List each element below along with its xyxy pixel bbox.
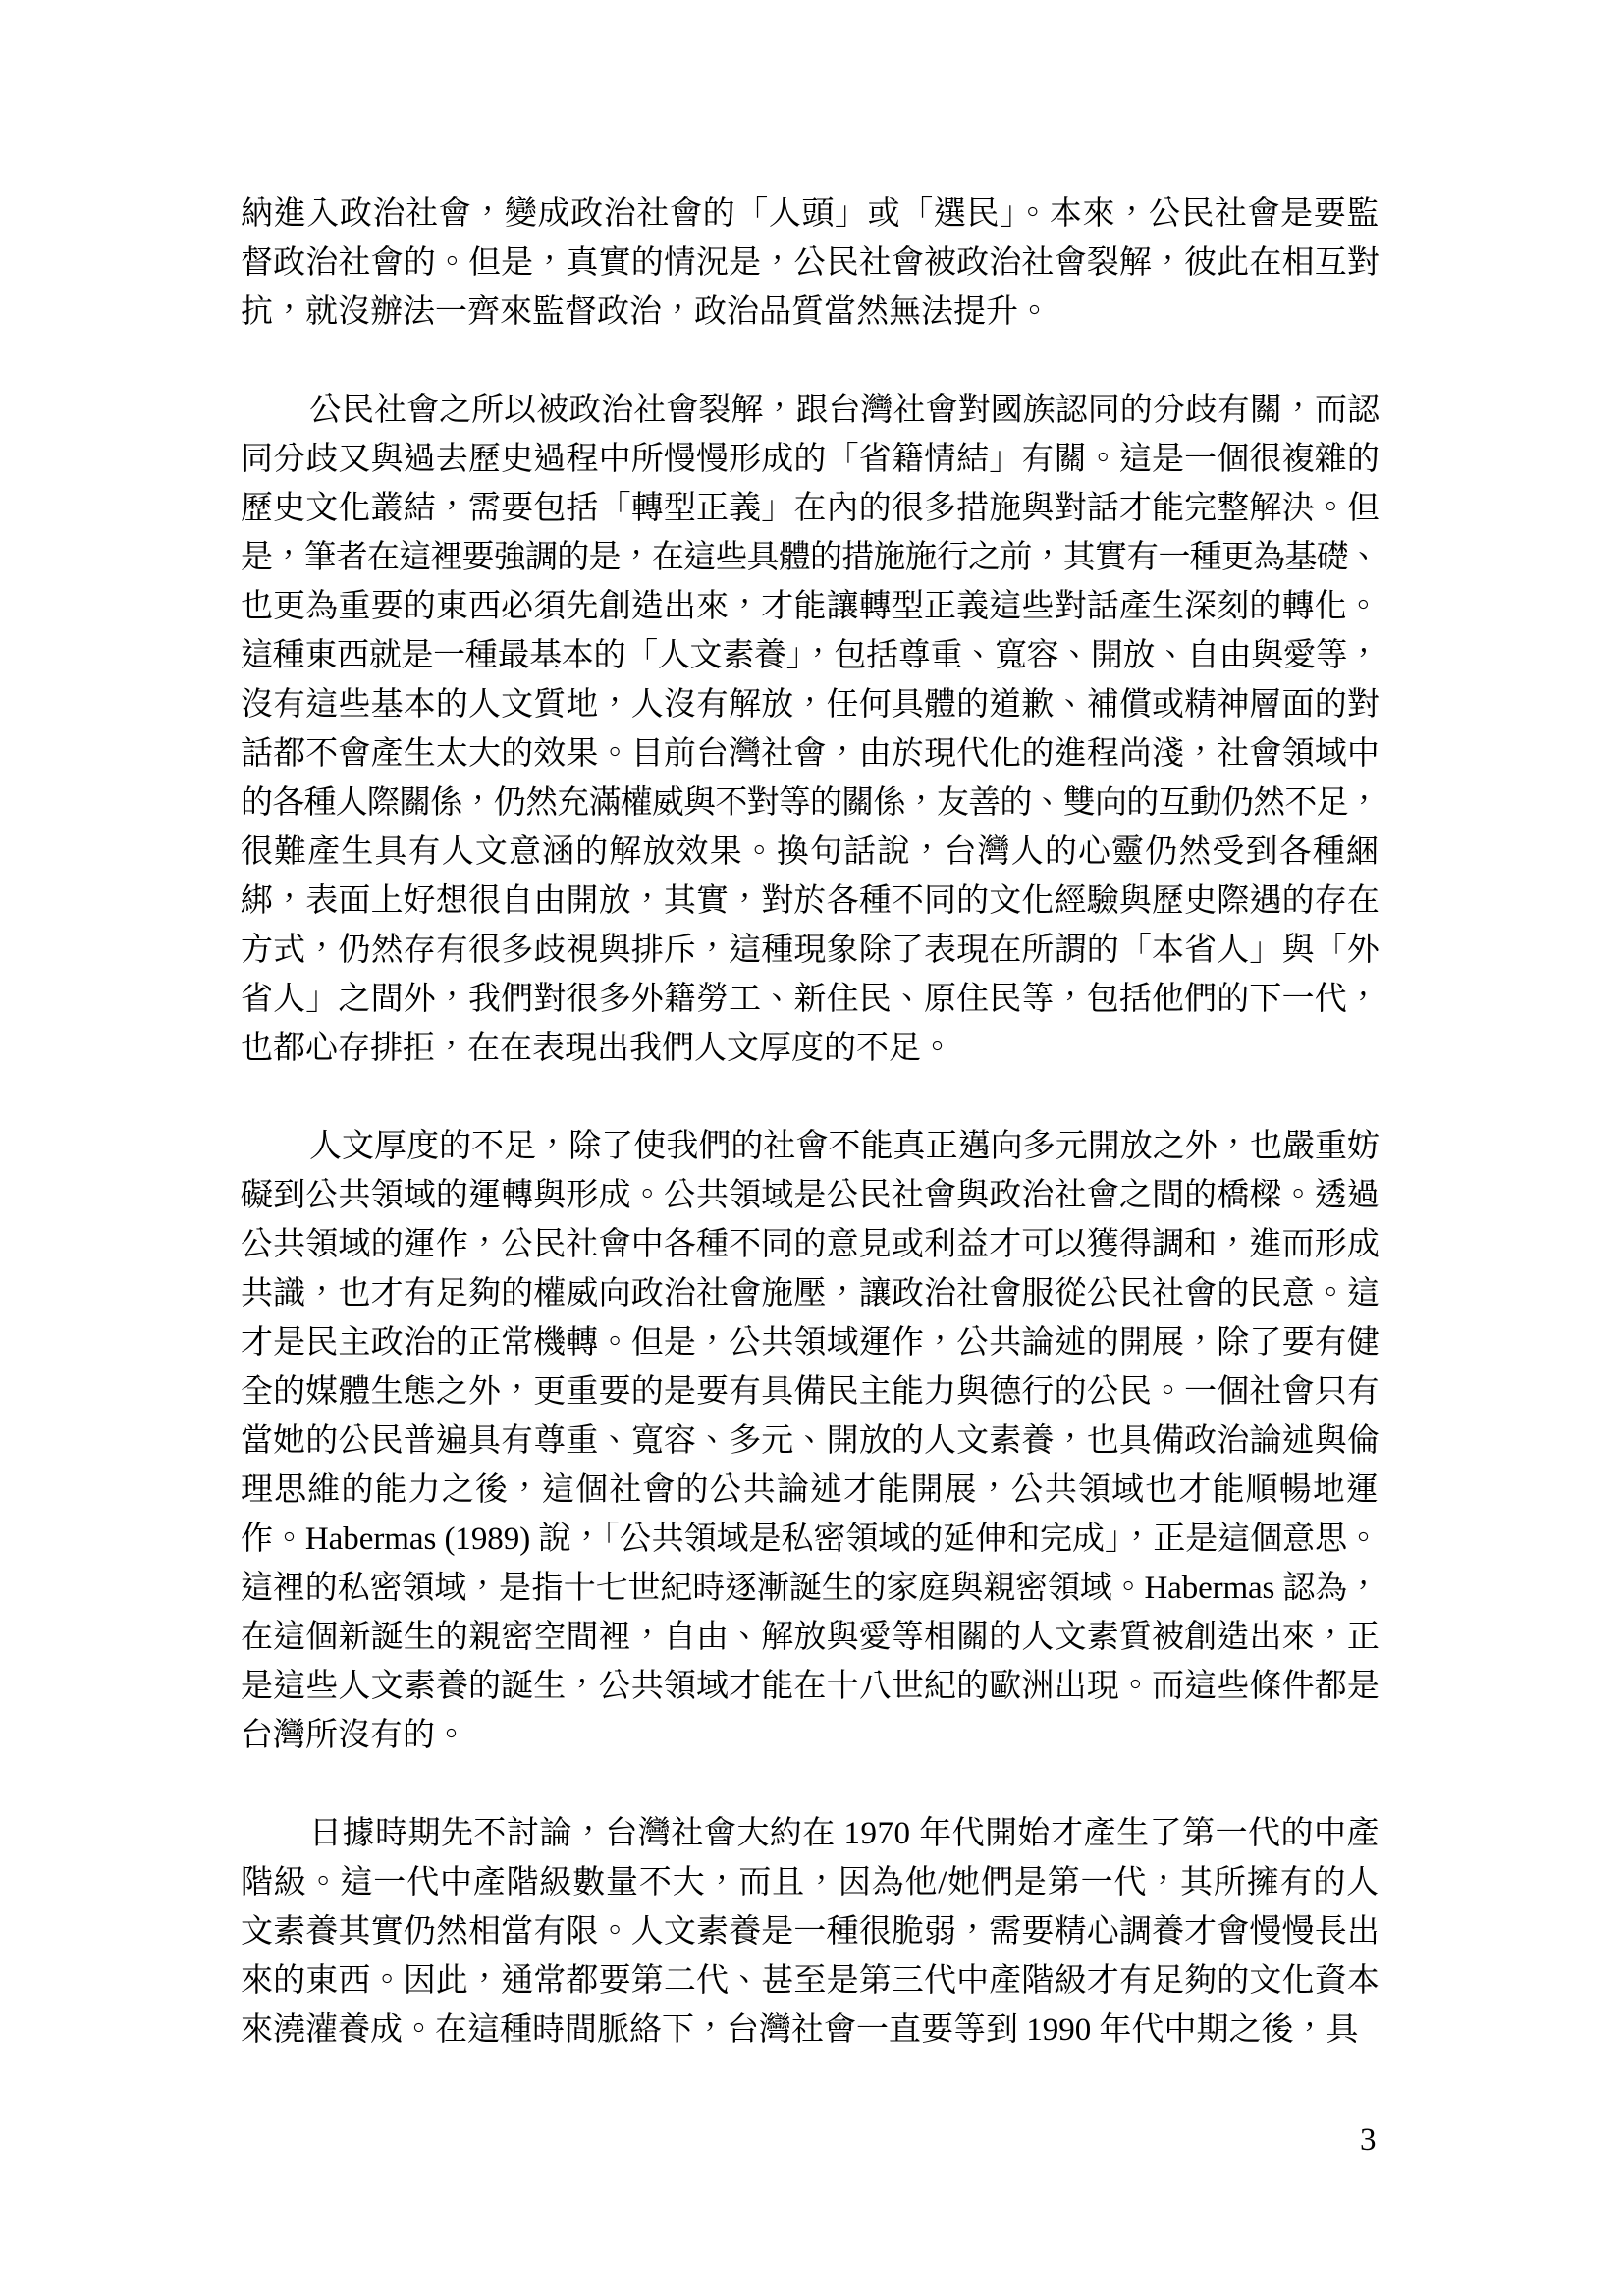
text-line: 礙到公共領域的運轉與形成。公共領域是公民社會與政治社會之間的橋樑。透過 bbox=[241, 1171, 1380, 1220]
text-line: 的各種人際關係，仍然充滿權威與不對等的關係，友善的、雙向的互動仍然不足， bbox=[241, 778, 1380, 828]
text-line-content: 納進入政治社會，變成政治社會的「人頭」或「選民」。本來，公民社會是要監 bbox=[241, 196, 1380, 232]
text-line-content: 全的媒體生態之外，更重要的是要有具備民主能力與德行的公民。一個社會只有 bbox=[241, 1374, 1380, 1410]
text-line: 理思維的能力之後，這個社會的公共論述才能開展，公共領域也才能順暢地運 bbox=[241, 1466, 1380, 1515]
paragraph: 日據時期先不討論，台灣社會大約在 1970 年代開始才產生了第一代的中產階級。這… bbox=[241, 1809, 1380, 2055]
text-line: 公共領域的運作，公民社會中各種不同的意見或利益才可以獲得調和，進而形成 bbox=[241, 1220, 1380, 1269]
paragraph: 公民社會之所以被政治社會裂解，跟台灣社會對國族認同的分歧有關，而認同分歧又與過去… bbox=[241, 386, 1380, 1073]
text-line: 是這些人文素養的誕生，公共領域才能在十八世紀的歐洲出現。而這些條件都是 bbox=[241, 1662, 1380, 1711]
text-line-content: 礙到公共領域的運轉與形成。公共領域是公民社會與政治社會之間的橋樑。透過 bbox=[241, 1178, 1380, 1213]
text-line: 納進入政治社會，變成政治社會的「人頭」或「選民」。本來，公民社會是要監 bbox=[241, 189, 1380, 239]
text-line-content: 歷史文化叢結，需要包括「轉型正義」在內的很多措施與對話才能完整解決。但 bbox=[241, 491, 1380, 526]
text-line-content: 作。Habermas (1989) 說，「公共領域是私密領域的延伸和完成」，正是… bbox=[241, 1522, 1380, 1557]
text-line: 台灣所沒有的。 bbox=[241, 1711, 1380, 1760]
text-line-content: 來澆灌養成。在這種時間脈絡下，台灣社會一直要等到 1990 年代中期之後，具 bbox=[241, 2012, 1359, 2048]
text-line-content: 當她的公民普遍具有尊重、寬容、多元、開放的人文素養，也具備政治論述與倫 bbox=[241, 1423, 1380, 1459]
text-line-content: 才是民主政治的正常機轉。但是，公共領域運作，公共論述的開展，除了要有健 bbox=[241, 1325, 1380, 1361]
text-line: 也更為重要的東西必須先創造出來，才能讓轉型正義這些對話產生深刻的轉化。 bbox=[241, 582, 1380, 631]
text-line-content: 階級。這一代中產階級數量不大，而且，因為他/她們是第一代，其所擁有的人 bbox=[241, 1865, 1380, 1900]
text-line: 同分歧又與過去歷史過程中所慢慢形成的「省籍情結」有關。這是一個很複雜的 bbox=[241, 435, 1380, 484]
text-line: 在這個新誕生的親密空間裡，自由、解放與愛等相關的人文素質被創造出來，正 bbox=[241, 1613, 1380, 1662]
text-line-content: 同分歧又與過去歷史過程中所慢慢形成的「省籍情結」有關。這是一個很複雜的 bbox=[241, 442, 1380, 477]
text-line: 是，筆者在這裡要強調的是，在這些具體的措施施行之前，其實有一種更為基礎、 bbox=[241, 533, 1380, 582]
text-line-content: 督政治社會的。但是，真實的情況是，公民社會被政治社會裂解，彼此在相互對 bbox=[241, 245, 1380, 281]
text-line-content: 話都不會產生太大的效果。目前台灣社會，由於現代化的進程尚淺，社會領域中 bbox=[241, 736, 1380, 772]
text-line-content: 是，筆者在這裡要強調的是，在這些具體的措施施行之前，其實有一種更為基礎、 bbox=[241, 540, 1380, 575]
text-line-content: 來的東西。因此，通常都要第二代、甚至是第三代中產階級才有足夠的文化資本 bbox=[241, 1963, 1380, 1999]
text-line-content: 日據時期先不討論，台灣社會大約在 1970 年代開始才產生了第一代的中產 bbox=[309, 1816, 1380, 1851]
text-line: 這種東西就是一種最基本的「人文素養」，包括尊重、寬容、開放、自由與愛等， bbox=[241, 631, 1380, 680]
text-line-content: 這種東西就是一種最基本的「人文素養」，包括尊重、寬容、開放、自由與愛等， bbox=[241, 638, 1380, 673]
text-line-content: 省人」之間外，我們對很多外籍勞工、新住民、原住民等，包括他們的下一代， bbox=[241, 982, 1380, 1017]
text-line: 日據時期先不討論，台灣社會大約在 1970 年代開始才產生了第一代的中產 bbox=[241, 1809, 1380, 1858]
text-line: 歷史文化叢結，需要包括「轉型正義」在內的很多措施與對話才能完整解決。但 bbox=[241, 484, 1380, 533]
text-line: 來的東西。因此，通常都要第二代、甚至是第三代中產階級才有足夠的文化資本 bbox=[241, 1956, 1380, 2005]
text-line-content: 也更為重要的東西必須先創造出來，才能讓轉型正義這些對話產生深刻的轉化。 bbox=[241, 589, 1380, 624]
text-line-content: 抗，就沒辦法一齊來監督政治，政治品質當然無法提升。 bbox=[241, 294, 1051, 330]
text-line: 才是民主政治的正常機轉。但是，公共領域運作，公共論述的開展，除了要有健 bbox=[241, 1318, 1380, 1367]
text-block: 納進入政治社會，變成政治社會的「人頭」或「選民」。本來，公民社會是要監督政治社會… bbox=[241, 189, 1380, 2055]
text-line: 這裡的私密領域，是指十七世紀時逐漸誕生的家庭與親密領域。Habermas 認為， bbox=[241, 1564, 1380, 1613]
text-line-content: 公民社會之所以被政治社會裂解，跟台灣社會對國族認同的分歧有關，而認 bbox=[309, 393, 1380, 428]
text-line-content: 在這個新誕生的親密空間裡，自由、解放與愛等相關的人文素質被創造出來，正 bbox=[241, 1620, 1380, 1655]
text-line-content: 公共領域的運作，公民社會中各種不同的意見或利益才可以獲得調和，進而形成 bbox=[241, 1227, 1380, 1262]
text-line: 方式，仍然存有很多歧視與排斥，這種現象除了表現在所謂的「本省人」與「外 bbox=[241, 926, 1380, 975]
text-line-content: 綁，表面上好想很自由開放，其實，對於各種不同的文化經驗與歷史際遇的存在 bbox=[241, 883, 1380, 919]
text-line: 也都心存排拒，在在表現出我們人文厚度的不足。 bbox=[241, 1024, 1380, 1073]
text-line: 公民社會之所以被政治社會裂解，跟台灣社會對國族認同的分歧有關，而認 bbox=[241, 386, 1380, 435]
text-line: 話都不會產生太大的效果。目前台灣社會，由於現代化的進程尚淺，社會領域中 bbox=[241, 729, 1380, 778]
text-line: 文素養其實仍然相當有限。人文素養是一種很脆弱，需要精心調養才會慢慢長出 bbox=[241, 1907, 1380, 1956]
text-line: 抗，就沒辦法一齊來監督政治，政治品質當然無法提升。 bbox=[241, 288, 1380, 337]
text-line-content: 這裡的私密領域，是指十七世紀時逐漸誕生的家庭與親密領域。Habermas 認為， bbox=[241, 1571, 1380, 1606]
text-line: 督政治社會的。但是，真實的情況是，公民社會被政治社會裂解，彼此在相互對 bbox=[241, 239, 1380, 288]
text-line-content: 是這些人文素養的誕生，公共領域才能在十八世紀的歐洲出現。而這些條件都是 bbox=[241, 1669, 1380, 1704]
text-line: 來澆灌養成。在這種時間脈絡下，台灣社會一直要等到 1990 年代中期之後，具 bbox=[241, 2005, 1380, 2055]
paragraph: 人文厚度的不足，除了使我們的社會不能真正邁向多元開放之外，也嚴重妨礙到公共領域的… bbox=[241, 1122, 1380, 1760]
paragraph: 納進入政治社會，變成政治社會的「人頭」或「選民」。本來，公民社會是要監督政治社會… bbox=[241, 189, 1380, 337]
text-line: 沒有這些基本的人文質地，人沒有解放，任何具體的道歉、補償或精神層面的對 bbox=[241, 680, 1380, 729]
text-line-content: 也都心存排拒，在在表現出我們人文厚度的不足。 bbox=[241, 1031, 953, 1066]
text-line: 很難產生具有人文意涵的解放效果。換句話說，台灣人的心靈仍然受到各種綑 bbox=[241, 828, 1380, 877]
document-page: 納進入政治社會，變成政治社會的「人頭」或「選民」。本來，公民社會是要監督政治社會… bbox=[0, 0, 1624, 2296]
text-line-content: 方式，仍然存有很多歧視與排斥，這種現象除了表現在所謂的「本省人」與「外 bbox=[241, 933, 1380, 968]
text-line-content: 共識，也才有足夠的權威向政治社會施壓，讓政治社會服從公民社會的民意。這 bbox=[241, 1276, 1380, 1311]
text-line-content: 台灣所沒有的。 bbox=[241, 1718, 467, 1753]
text-line: 階級。這一代中產階級數量不大，而且，因為他/她們是第一代，其所擁有的人 bbox=[241, 1858, 1380, 1907]
text-line: 省人」之間外，我們對很多外籍勞工、新住民、原住民等，包括他們的下一代， bbox=[241, 975, 1380, 1024]
text-line-content: 很難產生具有人文意涵的解放效果。換句話說，台灣人的心靈仍然受到各種綑 bbox=[241, 834, 1380, 870]
page-number: 3 bbox=[1360, 2120, 1377, 2160]
text-line-content: 文素養其實仍然相當有限。人文素養是一種很脆弱，需要精心調養才會慢慢長出 bbox=[241, 1914, 1380, 1949]
text-line: 當她的公民普遍具有尊重、寬容、多元、開放的人文素養，也具備政治論述與倫 bbox=[241, 1416, 1380, 1466]
text-line-content: 人文厚度的不足，除了使我們的社會不能真正邁向多元開放之外，也嚴重妨 bbox=[309, 1129, 1380, 1164]
text-line-content: 的各種人際關係，仍然充滿權威與不對等的關係，友善的、雙向的互動仍然不足， bbox=[241, 785, 1380, 821]
text-line: 共識，也才有足夠的權威向政治社會施壓，讓政治社會服從公民社會的民意。這 bbox=[241, 1269, 1380, 1318]
text-line-content: 沒有這些基本的人文質地，人沒有解放，任何具體的道歉、補償或精神層面的對 bbox=[241, 687, 1380, 722]
text-line: 全的媒體生態之外，更重要的是要有具備民主能力與德行的公民。一個社會只有 bbox=[241, 1367, 1380, 1416]
text-line: 綁，表面上好想很自由開放，其實，對於各種不同的文化經驗與歷史際遇的存在 bbox=[241, 877, 1380, 926]
text-line: 人文厚度的不足，除了使我們的社會不能真正邁向多元開放之外，也嚴重妨 bbox=[241, 1122, 1380, 1171]
text-line-content: 理思維的能力之後，這個社會的公共論述才能開展，公共領域也才能順暢地運 bbox=[241, 1472, 1380, 1508]
text-line: 作。Habermas (1989) 說，「公共領域是私密領域的延伸和完成」，正是… bbox=[241, 1515, 1380, 1564]
